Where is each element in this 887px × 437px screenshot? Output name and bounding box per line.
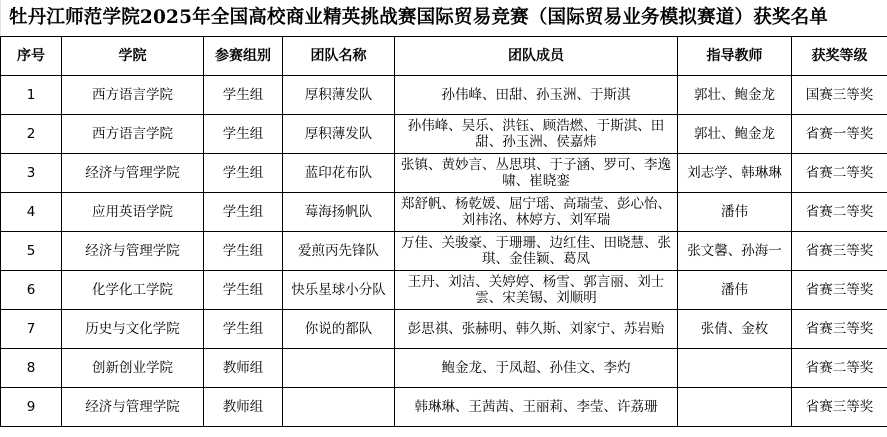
cell-no: 4 bbox=[1, 193, 62, 232]
cell-group: 学生组 bbox=[204, 76, 283, 115]
table-row: 3 经济与管理学院 学生组 蓝印花布队 张镇、黄妙言、丛思琪、于子涵、罗可、李逸… bbox=[1, 154, 887, 193]
table-row: 8 创新创业学院 教师组 鲍金龙、于凤超、孙佳文、李灼 省赛二等奖 bbox=[1, 349, 887, 388]
cell-no: 8 bbox=[1, 349, 62, 388]
cell-team: 莓海扬帆队 bbox=[283, 193, 395, 232]
cell-group: 学生组 bbox=[204, 271, 283, 310]
cell-team bbox=[283, 388, 395, 427]
cell-advisor: 郭壮、鲍金龙 bbox=[678, 115, 792, 154]
table-row: 7 历史与文化学院 学生组 你说的都队 彭思祺、张赫明、韩久斯、刘家宁、苏岩贻 … bbox=[1, 310, 887, 349]
cell-advisor bbox=[678, 349, 792, 388]
header-advisor: 指导教师 bbox=[678, 37, 792, 76]
header-no: 序号 bbox=[1, 37, 62, 76]
cell-no: 7 bbox=[1, 310, 62, 349]
cell-college: 西方语言学院 bbox=[62, 115, 204, 154]
cell-advisor: 潘伟 bbox=[678, 271, 792, 310]
cell-members: 郑舒帆、杨乾媛、屈宁瑶、高瑞莹、彭心怡、刘祎洺、林婷方、刘军瑞 bbox=[395, 193, 678, 232]
cell-group: 教师组 bbox=[204, 388, 283, 427]
cell-members: 张镇、黄妙言、丛思琪、于子涵、罗可、李逸啸、崔晓銮 bbox=[395, 154, 678, 193]
table-row: 9 经济与管理学院 教师组 韩琳琳、王茜茜、王丽莉、李莹、许荔珊 省赛三等奖 bbox=[1, 388, 887, 427]
cell-college: 西方语言学院 bbox=[62, 76, 204, 115]
cell-members: 韩琳琳、王茜茜、王丽莉、李莹、许荔珊 bbox=[395, 388, 678, 427]
cell-team bbox=[283, 349, 395, 388]
cell-college: 经济与管理学院 bbox=[62, 154, 204, 193]
cell-no: 1 bbox=[1, 76, 62, 115]
cell-college: 经济与管理学院 bbox=[62, 232, 204, 271]
cell-college: 应用英语学院 bbox=[62, 193, 204, 232]
cell-members: 彭思祺、张赫明、韩久斯、刘家宁、苏岩贻 bbox=[395, 310, 678, 349]
table-row: 5 经济与管理学院 学生组 爱煎丙先锋队 万佳、关骏豪、于珊珊、边红佳、田晓慧、… bbox=[1, 232, 887, 271]
cell-award: 省赛三等奖 bbox=[792, 232, 887, 271]
cell-group: 学生组 bbox=[204, 115, 283, 154]
cell-advisor: 潘伟 bbox=[678, 193, 792, 232]
cell-team: 蓝印花布队 bbox=[283, 154, 395, 193]
table-row: 4 应用英语学院 学生组 莓海扬帆队 郑舒帆、杨乾媛、屈宁瑶、高瑞莹、彭心怡、刘… bbox=[1, 193, 887, 232]
cell-award: 省赛三等奖 bbox=[792, 271, 887, 310]
table-row: 2 西方语言学院 学生组 厚积薄发队 孙伟峰、吴乐、洪钰、顾浩燃、于斯淇、田甜、… bbox=[1, 115, 887, 154]
cell-advisor: 刘志学、韩琳琳 bbox=[678, 154, 792, 193]
table-row: 1 西方语言学院 学生组 厚积薄发队 孙伟峰、田甜、孙玉洲、于斯淇 郭壮、鲍金龙… bbox=[1, 76, 887, 115]
cell-members: 孙伟峰、田甜、孙玉洲、于斯淇 bbox=[395, 76, 678, 115]
cell-team: 厚积薄发队 bbox=[283, 76, 395, 115]
header-team: 团队名称 bbox=[283, 37, 395, 76]
header-row: 序号 学院 参赛组别 团队名称 团队成员 指导教师 获奖等级 bbox=[1, 37, 887, 76]
cell-college: 创新创业学院 bbox=[62, 349, 204, 388]
document-title: 牡丹江师范学院2025年全国高校商业精英挑战赛国际贸易竞赛（国际贸易业务模拟赛道… bbox=[0, 0, 887, 36]
cell-award: 省赛三等奖 bbox=[792, 310, 887, 349]
cell-no: 3 bbox=[1, 154, 62, 193]
cell-advisor bbox=[678, 388, 792, 427]
cell-award: 省赛三等奖 bbox=[792, 388, 887, 427]
cell-no: 5 bbox=[1, 232, 62, 271]
cell-group: 学生组 bbox=[204, 154, 283, 193]
cell-group: 学生组 bbox=[204, 232, 283, 271]
cell-advisor: 张文馨、孙海一 bbox=[678, 232, 792, 271]
cell-team: 厚积薄发队 bbox=[283, 115, 395, 154]
cell-award: 省赛二等奖 bbox=[792, 154, 887, 193]
cell-award: 省赛一等奖 bbox=[792, 115, 887, 154]
cell-college: 历史与文化学院 bbox=[62, 310, 204, 349]
cell-team: 爱煎丙先锋队 bbox=[283, 232, 395, 271]
cell-advisor: 郭壮、鲍金龙 bbox=[678, 76, 792, 115]
cell-members: 孙伟峰、吴乐、洪钰、顾浩燃、于斯淇、田甜、孙玉洲、侯嘉炜 bbox=[395, 115, 678, 154]
cell-award: 省赛二等奖 bbox=[792, 349, 887, 388]
cell-team: 你说的都队 bbox=[283, 310, 395, 349]
cell-no: 9 bbox=[1, 388, 62, 427]
cell-college: 经济与管理学院 bbox=[62, 388, 204, 427]
header-award: 获奖等级 bbox=[792, 37, 887, 76]
cell-team: 快乐星球小分队 bbox=[283, 271, 395, 310]
cell-members: 鲍金龙、于凤超、孙佳文、李灼 bbox=[395, 349, 678, 388]
cell-advisor: 张倩、金枚 bbox=[678, 310, 792, 349]
cell-no: 2 bbox=[1, 115, 62, 154]
awards-table: 序号 学院 参赛组别 团队名称 团队成员 指导教师 获奖等级 1 西方语言学院 … bbox=[0, 36, 887, 427]
cell-group: 教师组 bbox=[204, 349, 283, 388]
cell-award: 省赛二等奖 bbox=[792, 193, 887, 232]
header-group: 参赛组别 bbox=[204, 37, 283, 76]
cell-group: 学生组 bbox=[204, 310, 283, 349]
table-row: 6 化学化工学院 学生组 快乐星球小分队 王丹、刘洁、关婷婷、杨雪、郭言丽、刘士… bbox=[1, 271, 887, 310]
cell-members: 王丹、刘洁、关婷婷、杨雪、郭言丽、刘士雲、宋美锡、刘顺明 bbox=[395, 271, 678, 310]
cell-group: 学生组 bbox=[204, 193, 283, 232]
header-members: 团队成员 bbox=[395, 37, 678, 76]
cell-award: 国赛三等奖 bbox=[792, 76, 887, 115]
header-college: 学院 bbox=[62, 37, 204, 76]
cell-members: 万佳、关骏豪、于珊珊、边红佳、田晓慧、张琪、金佳颖、葛凤 bbox=[395, 232, 678, 271]
cell-no: 6 bbox=[1, 271, 62, 310]
cell-college: 化学化工学院 bbox=[62, 271, 204, 310]
